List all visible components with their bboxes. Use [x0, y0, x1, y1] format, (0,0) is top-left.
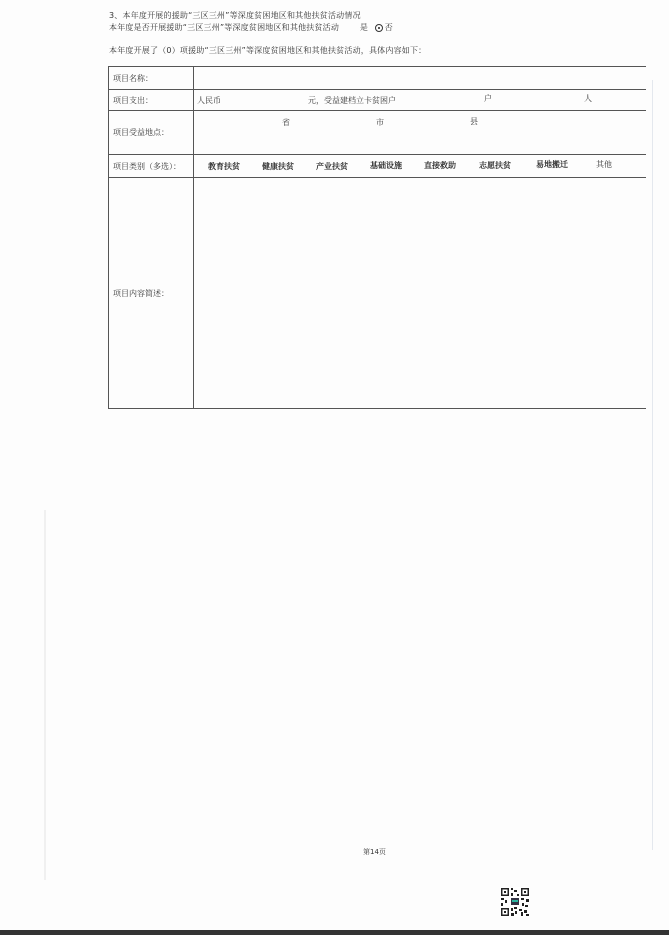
project-description-field[interactable] [194, 178, 647, 409]
scanned-page: 3、本年度开展的援助“三区三州”等深度贫困地区和其他扶贫活动情况 本年度是否开展… [0, 0, 669, 930]
poverty-project-form: 项目名称： 项目支出： 人民币 元，受益建档立卡贫困户 户 人 项目受益地点： … [108, 66, 646, 409]
project-category-options: 教育扶贫 健康扶贫 产业扶贫 基础设施 直接救助 志愿扶贫 易地搬迁 其他 [194, 155, 647, 178]
category-option-health[interactable]: 健康扶贫 [262, 161, 294, 172]
category-option-relocation[interactable]: 易地搬迁 [536, 159, 568, 170]
category-option-volunteer[interactable]: 志愿扶贫 [479, 160, 511, 171]
bottom-bar [0, 930, 669, 935]
category-option-direct-aid[interactable]: 直接救助 [424, 160, 456, 171]
summary-line: 本年度开展了（0）项援助“三区三州”等深度贫困地区和其他扶贫活动，具体内容如下： [109, 46, 426, 56]
page-edge [652, 80, 653, 850]
beneficiary-location-field[interactable]: 省 市 县 [194, 111, 647, 155]
row-beneficiary-location: 项目受益地点： 省 市 县 [109, 111, 647, 155]
row-project-name: 项目名称： [109, 67, 647, 90]
scan-artifact [44, 510, 46, 880]
row-project-expense: 项目支出： 人民币 元，受益建档立卡贫困户 户 人 [109, 90, 647, 111]
currency-text: 人民币 [197, 95, 221, 106]
radio-label-yes: 是 [360, 23, 368, 32]
radio-option-no[interactable]: 否 [375, 23, 393, 33]
project-expense-field[interactable]: 人民币 元，受益建档立卡贫困户 户 人 [194, 90, 647, 111]
beneficiary-text: 元，受益建档立卡贫困户 [308, 95, 396, 106]
page-number: 第14页 [363, 847, 386, 857]
province-unit: 省 [282, 117, 290, 128]
project-expense-label: 项目支出： [109, 90, 194, 111]
radio-checked-icon[interactable] [375, 24, 383, 32]
persons-unit: 人 [584, 93, 592, 104]
category-option-infrastructure[interactable]: 基础设施 [370, 160, 402, 171]
category-option-other[interactable]: 其他 [596, 159, 612, 170]
county-unit: 县 [470, 116, 478, 127]
category-option-education[interactable]: 教育扶贫 [208, 161, 240, 172]
qr-code-icon [500, 887, 530, 917]
radio-option-yes[interactable]: 是 [360, 23, 368, 33]
project-category-label: 项目类别（多选）： [109, 155, 194, 178]
radio-label-no: 否 [385, 23, 393, 32]
question-line: 本年度是否开展援助“三区三州”等深度贫困地区和其他扶贫活动 是 否 [109, 23, 397, 33]
category-option-industry[interactable]: 产业扶贫 [316, 161, 348, 172]
question-text: 本年度是否开展援助“三区三州”等深度贫困地区和其他扶贫活动 [109, 23, 339, 32]
yes-no-radio-group: 是 否 [360, 23, 397, 33]
beneficiary-location-label: 项目受益地点： [109, 111, 194, 155]
section-heading: 3、本年度开展的援助“三区三州”等深度贫困地区和其他扶贫活动情况 [109, 11, 361, 21]
city-unit: 市 [376, 117, 384, 128]
row-project-category: 项目类别（多选）： 教育扶贫 健康扶贫 产业扶贫 基础设施 直接救助 志愿扶贫 … [109, 155, 647, 178]
row-project-description: 项目内容简述： [109, 178, 647, 409]
households-unit: 户 [484, 93, 492, 104]
project-name-field[interactable] [194, 67, 647, 90]
project-name-label: 项目名称： [109, 67, 194, 90]
project-description-label: 项目内容简述： [109, 178, 194, 409]
